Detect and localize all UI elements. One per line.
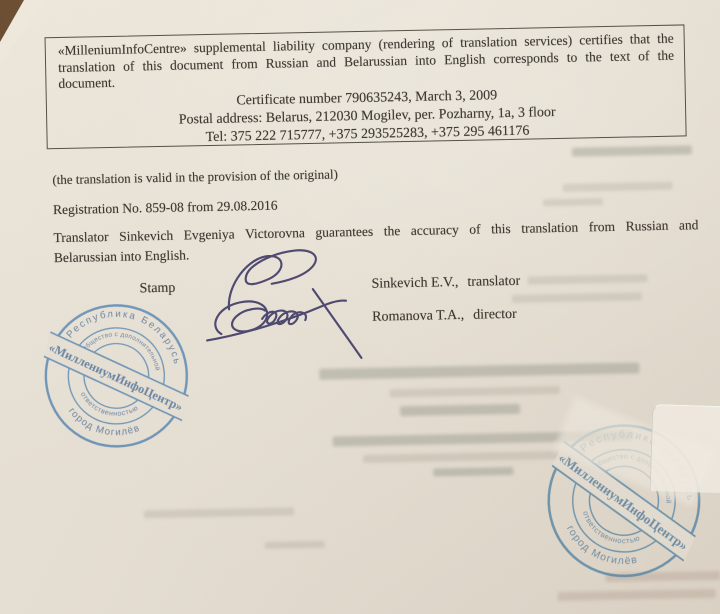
signature-stroke [228, 250, 317, 309]
bleed-through-text [390, 386, 560, 397]
handwritten-signature [197, 243, 374, 364]
glossy-tape-corner [650, 404, 720, 494]
bleed-through-text [363, 451, 583, 463]
document-content: «MilleniumInfoCentre» supplemental liabi… [0, 0, 720, 614]
bleed-through-text [319, 362, 639, 379]
bleed-through-text [543, 198, 603, 206]
bleed-through-text [527, 274, 647, 284]
signature-stroke [262, 310, 306, 325]
director-name: Romanova T.A., [372, 308, 464, 325]
director-role: director [473, 307, 517, 323]
photo-frame: «MilleniumInfoCentre» supplemental liabi… [0, 0, 720, 614]
signature-stroke [313, 288, 362, 359]
translator-role: translator [467, 274, 520, 290]
stamp-label: Stamp [139, 281, 175, 298]
bleed-through-text [572, 145, 692, 156]
bleed-through-text [400, 404, 520, 416]
translator-guarantee-paragraph: Translator Sinkevich Evgeniya Victorovna… [53, 215, 699, 268]
bleed-through-text [563, 182, 673, 192]
bleed-through-text [144, 507, 294, 518]
document-paper: «MilleniumInfoCentre» supplemental liabi… [0, 0, 720, 614]
signatory-translator: Sinkevich E.V.,translator [371, 272, 520, 293]
bleed-through-text [512, 292, 642, 303]
validity-note: (the translation is valid in the provisi… [52, 166, 338, 188]
bleed-through-text [265, 541, 325, 549]
translator-name: Sinkevich E.V., [371, 275, 458, 292]
signatory-director: Romanova T.A.,director [372, 305, 517, 326]
round-stamp-left: Республика Беларусь город Могилёв Общест… [25, 284, 208, 467]
bleed-through-text [433, 467, 513, 477]
certification-box: «MilleniumInfoCentre» supplemental liabi… [45, 24, 687, 149]
registration-line: Registration No. 859-08 from 29.08.2016 [53, 198, 278, 219]
